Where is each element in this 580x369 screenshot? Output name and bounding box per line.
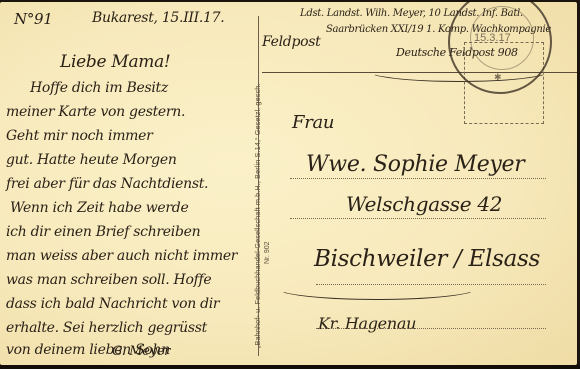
card-number: N°91 [14,10,53,28]
message-line: Geht mir noch immer [6,128,153,144]
message-line: frei aber für das Nachtdienst. [6,176,208,192]
town-flourish [276,276,478,300]
recipient-district: Kr. Hagenau [318,314,416,333]
address-line-1 [290,178,546,179]
message-line: erhalte. Sei herzlich gegrüsst [6,320,207,336]
message-line: man weiss aber auch nicht immer [6,248,237,264]
message-line: ich dir einen Brief schreiben [6,224,200,240]
publisher-imprint: „Bahnhof- u. Feldbuchhandel-Gesellschaft… [253,83,262,348]
place-date: Bukarest, 15.III.17. [92,10,224,26]
recipient-town: Bischweiler / Elsass [314,246,540,272]
message-line: dass ich bald Nachricht von dir [6,296,219,312]
imprint-number: Nr. 902 [264,241,271,264]
feldpost-label: Feldpost [262,34,320,50]
address-line-2 [290,218,546,219]
recipient-salutation: Frau [292,112,334,133]
postmark-date: 15.3.17 [474,32,511,44]
postcard: N°91 Bukarest, 15.III.17. Liebe Mama! Ho… [0,2,577,365]
address-line-4 [316,328,546,329]
bottom-edge-shadow [0,365,580,369]
recipient-name: Wwe. Sophie Meyer [306,152,524,177]
message-line: was man schreiben soll. Hoffe [6,272,211,288]
message-line: gut. Hatte heute Morgen [6,152,177,168]
postmark-star-icon: ✱ [494,72,502,83]
message-line: Wenn ich Zeit habe werde [10,200,188,216]
salutation: Liebe Mama! [60,52,170,72]
recipient-street: Welschgasse 42 [346,192,502,216]
signature: G. Meyer [112,344,170,359]
message-line: meiner Karte von gestern. [6,104,185,120]
message-line: Hoffe dich im Besitz [30,80,168,96]
